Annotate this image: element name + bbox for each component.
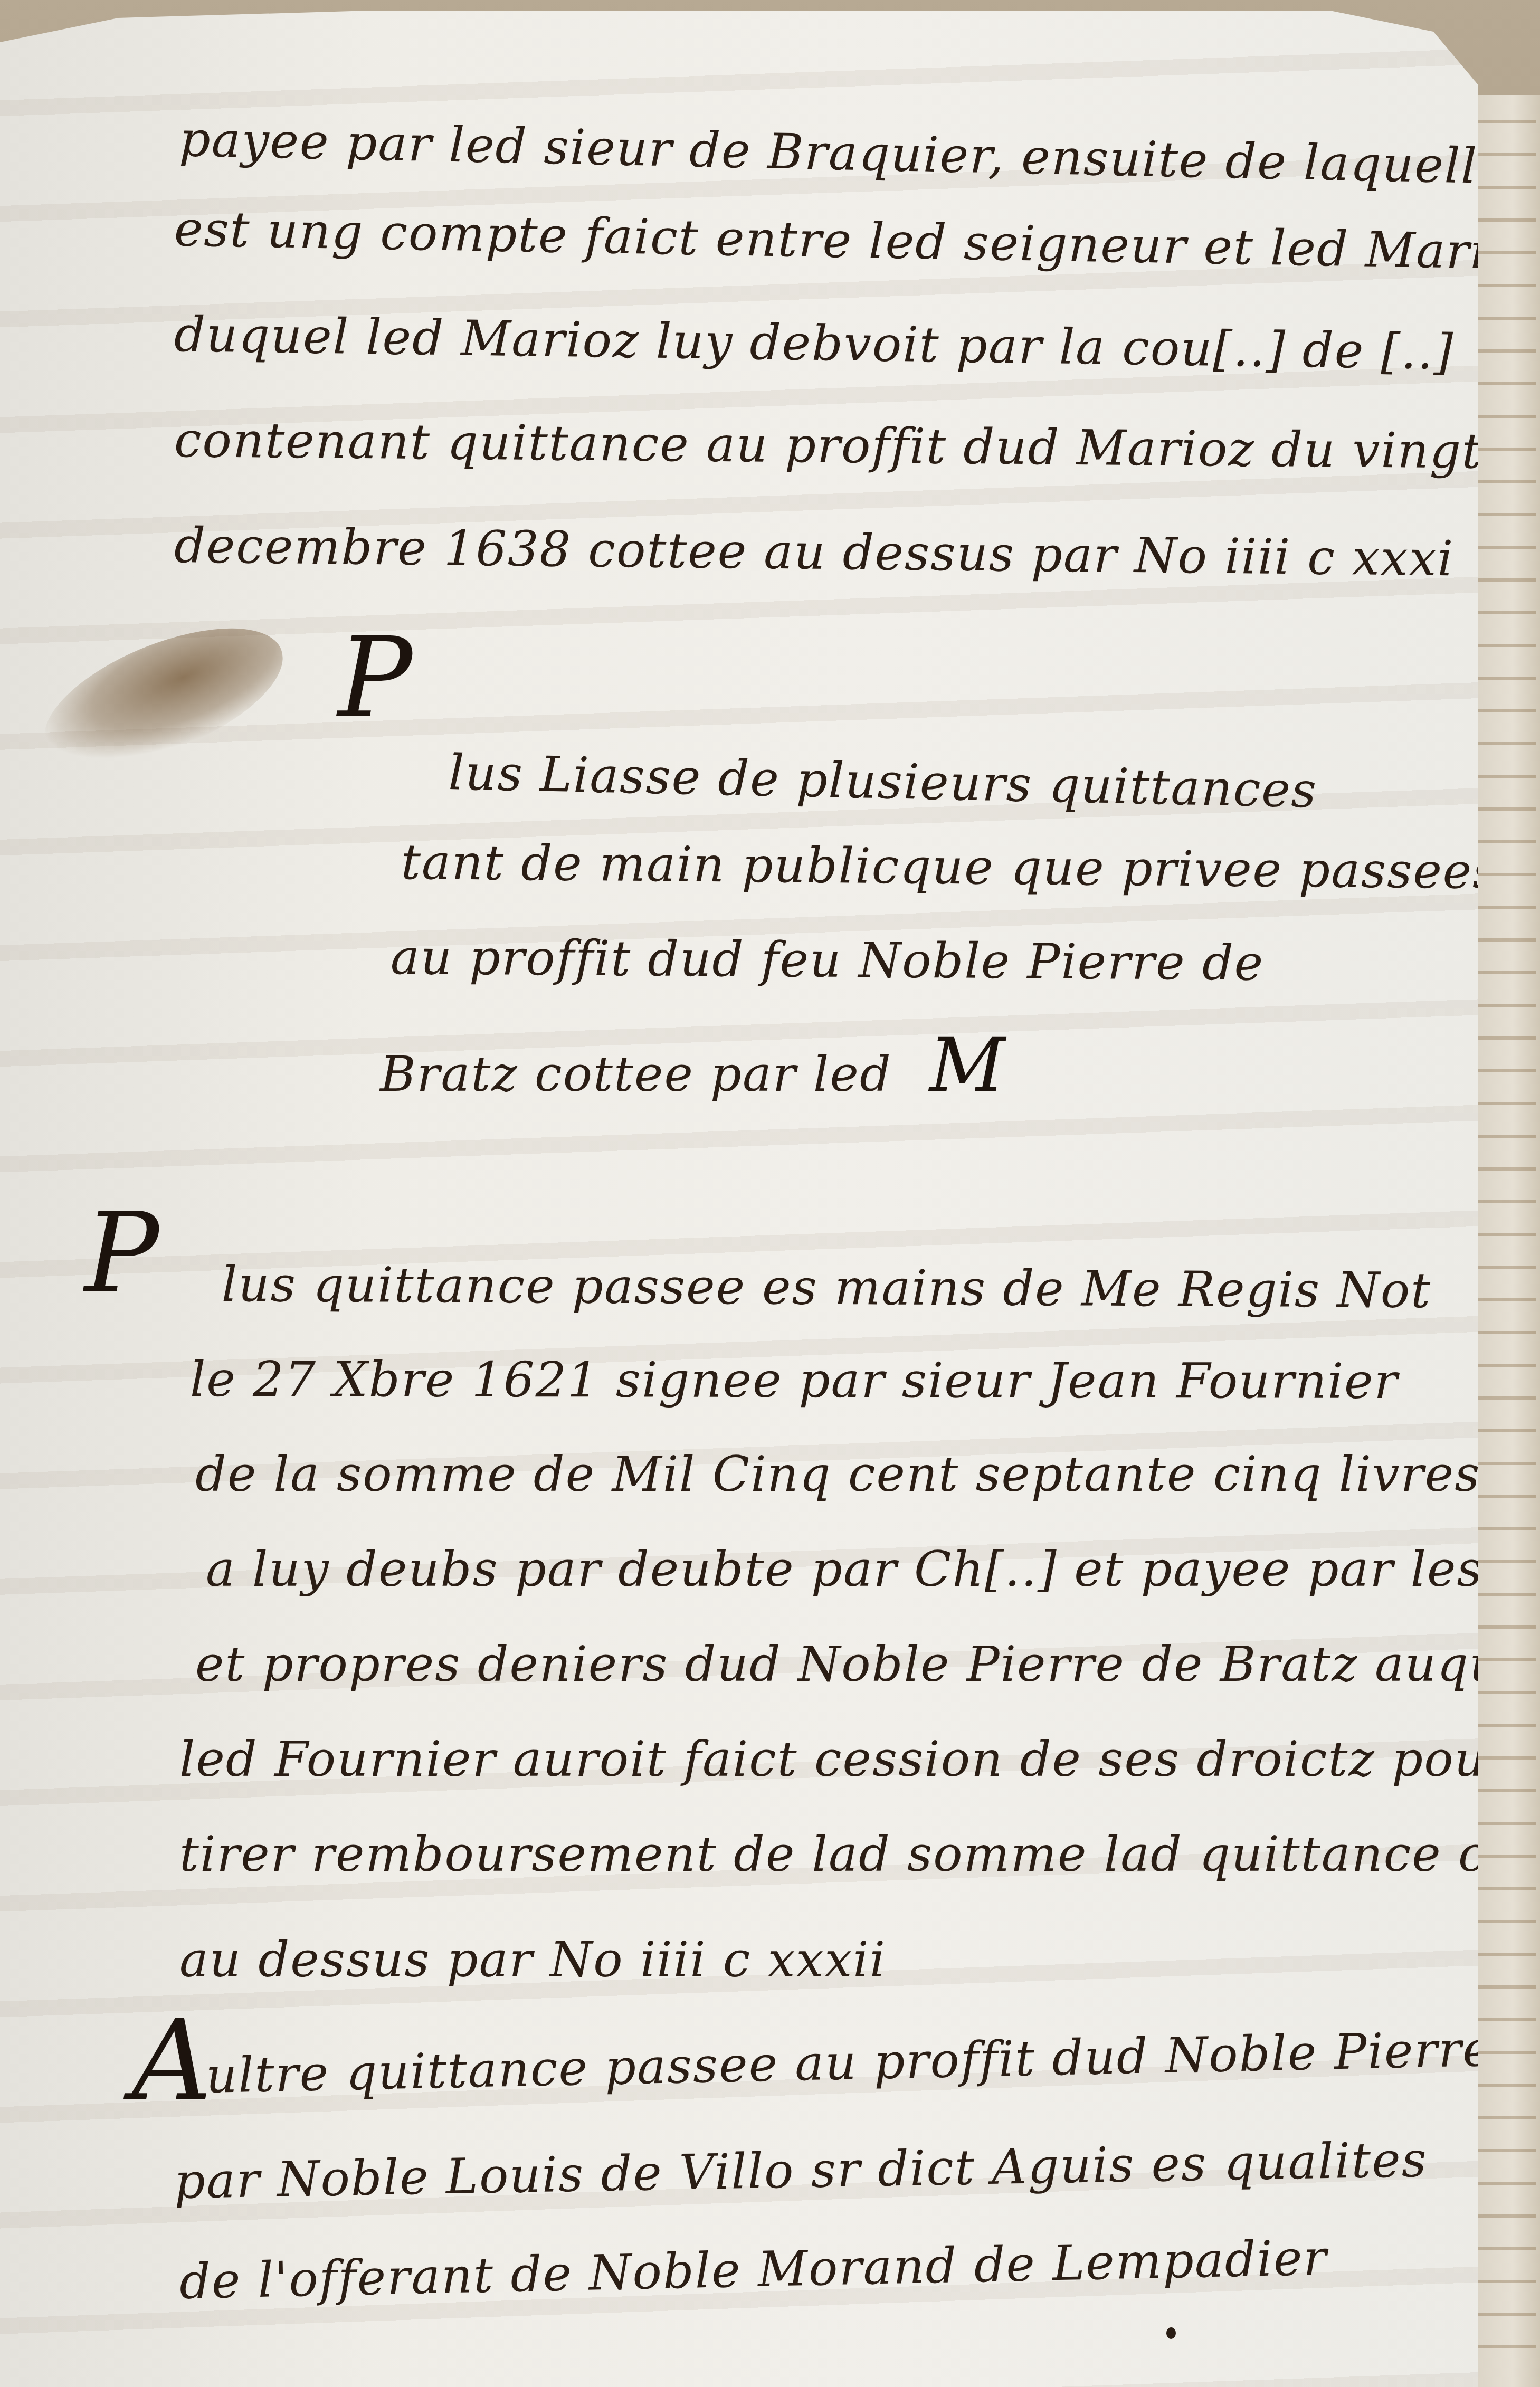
entry-4-line-3: de l'offerant de Noble Morand de Lempadi… (179, 2229, 1328, 2310)
entry-2-line-3: au proffit dud feu Noble Pierre de (391, 929, 1265, 992)
entry-3-initial: P (84, 1198, 160, 1309)
entry-2-line-1: lus Liasse de plusieurs quittances (448, 744, 1318, 819)
entry-1-line-3: duquel led Marioz luy debvoit par la cou… (174, 306, 1454, 381)
entry-2-line-4: Bratz cottee par led M (380, 1029, 1006, 1103)
entry-3-line-5: et propres deniers dud Noble Pierre de B… (195, 1636, 1540, 1692)
entry-3-line-4: a luy deubs par deubte par Ch[..] et pay… (206, 1541, 1540, 1597)
entry-1-line-5: decembre 1638 cottee au dessus par No ii… (174, 517, 1454, 587)
entry-1-line-2: est ung compte faict entre led seigneur … (174, 201, 1540, 281)
entry-4-initial: A (132, 2005, 213, 2116)
entry-1-line-1: payee par led sieur de Braquier, ensuite… (179, 111, 1508, 195)
manuscript-page: payee par led sieur de Braquier, ensuite… (0, 11, 1478, 2387)
entry-3-line-2: le 27 Xbre 1621 signee par sieur Jean Fo… (190, 1351, 1399, 1410)
marginal-letter-m: M (929, 1023, 1006, 1109)
entry-3-line-6: led Fournier auroit faict cession de ses… (179, 1731, 1511, 1787)
entry-2-initial: P (338, 623, 413, 734)
entry-3-line-7: tirer remboursement de lad somme lad qui… (179, 1826, 1540, 1882)
entry-1-line-4: contenant quittance au proffit dud Mario… (174, 412, 1483, 480)
entry-4-line-2: par Noble Louis de Villo sr dict Aguis e… (174, 2132, 1428, 2210)
decorated-initial: A (132, 1996, 213, 2125)
decorated-initial: P (84, 1188, 160, 1318)
photo-background: payee par led sieur de Braquier, ensuite… (0, 0, 1540, 2387)
entry-3-line-1: lus quittance passee es mains de Me Regi… (222, 1256, 1432, 1319)
decorated-initial: P (338, 613, 413, 743)
entry-3-line-3: de la somme de Mil Cinq cent septante ci… (195, 1446, 1480, 1502)
entry-3-line-8: au dessus par No iiii c xxxii (179, 1932, 886, 1988)
entry-4-line-1: ultre quittance passee au proffit dud No… (205, 2016, 1540, 2104)
ink-dot (1166, 2327, 1176, 2339)
entry-2-line-2: tant de main publicque que privee passee… (401, 834, 1499, 900)
underlying-page-handwriting (1478, 106, 1536, 2375)
ink-smudge (26, 600, 301, 793)
entry-2-line-4-text: Bratz cottee par led (380, 1046, 892, 1102)
